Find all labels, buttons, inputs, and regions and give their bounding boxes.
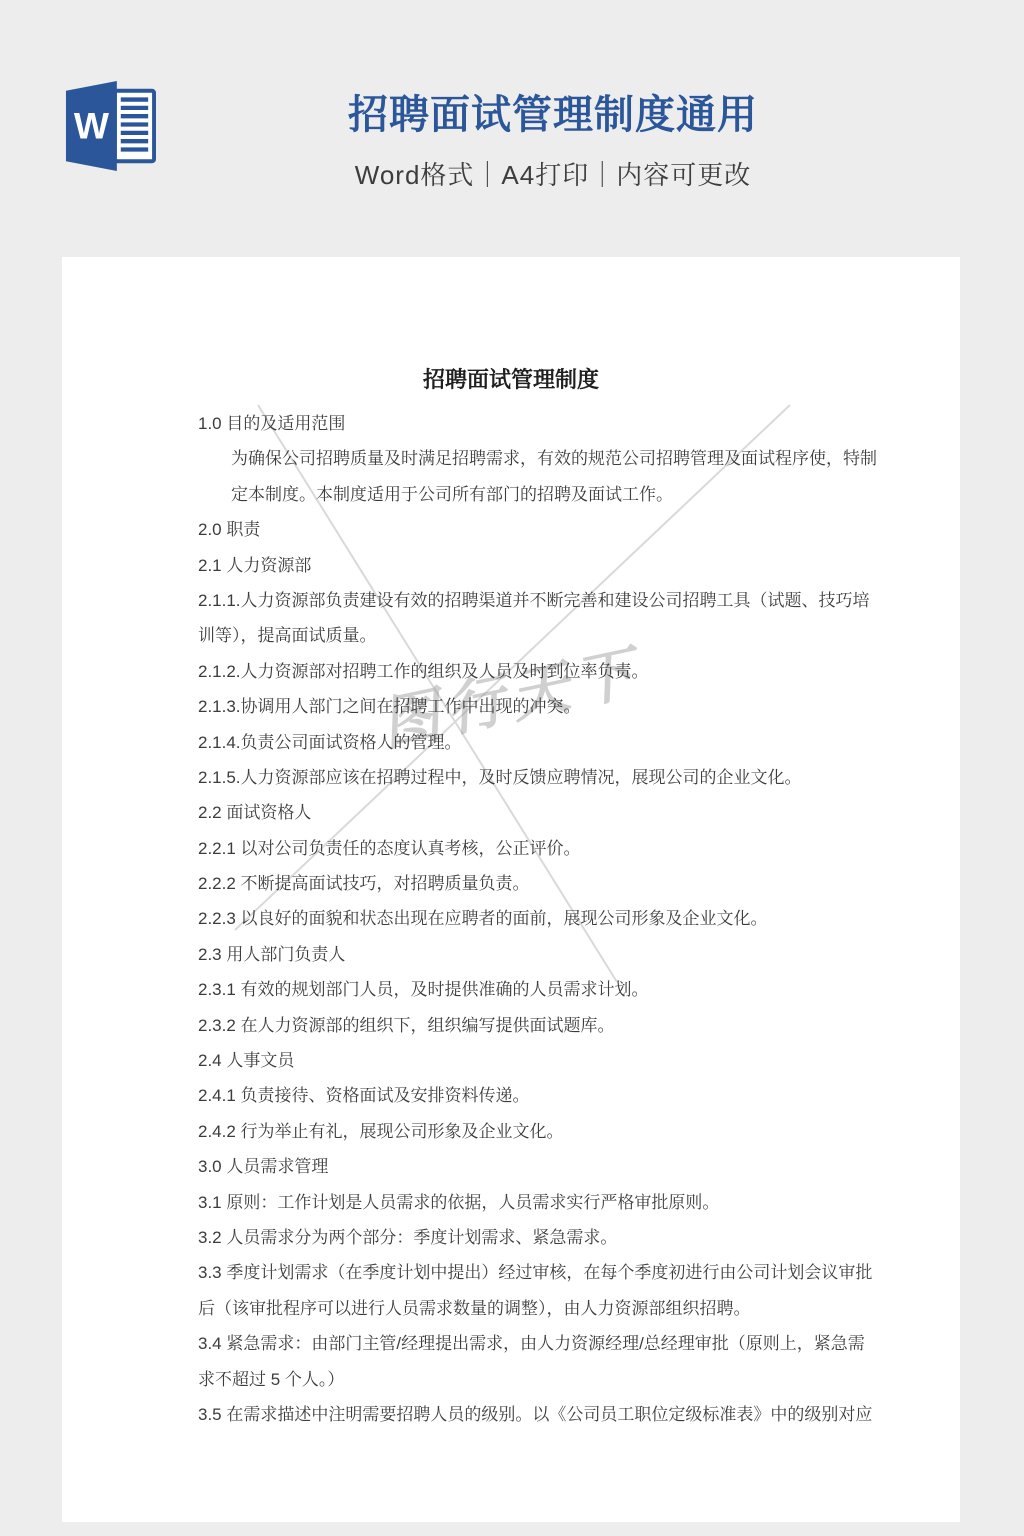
document-line: 为确保公司招聘质量及时满足招聘需求，有效的规范公司招聘管理及面试程序使，特制 bbox=[198, 441, 908, 476]
document-line: 3.2 人员需求分为两个部分：季度计划需求、紧急需求。 bbox=[198, 1220, 908, 1255]
document-line: 3.1 原则：工作计划是人员需求的依据，人员需求实行严格审批原则。 bbox=[198, 1185, 908, 1220]
document-line: 2.4.1 负责接待、资格面试及安排资料传递。 bbox=[198, 1078, 908, 1113]
header-title: 招聘面试管理制度通用 bbox=[82, 92, 1024, 138]
document-line: 3.3 季度计划需求（在季度计划中提出）经过审核，在每个季度初进行由公司计划会议… bbox=[198, 1255, 908, 1290]
document-body: 1.0 目的及适用范围为确保公司招聘质量及时满足招聘需求，有效的规范公司招聘管理… bbox=[198, 406, 908, 1432]
document-line: 2.1.2.人力资源部对招聘工作的组织及人员及时到位率负责。 bbox=[198, 654, 908, 689]
header-text: 招聘面试管理制度通用 Word格式｜A4打印｜内容可更改 bbox=[82, 92, 1024, 190]
document-line: 2.1.3.协调用人部门之间在招聘工作中出现的冲突。 bbox=[198, 689, 908, 724]
document-line: 1.0 目的及适用范围 bbox=[198, 406, 908, 441]
document-line: 2.1.1.人力资源部负责建设有效的招聘渠道并不断完善和建设公司招聘工具（试题、… bbox=[198, 583, 908, 618]
document-line: 3.0 人员需求管理 bbox=[198, 1149, 908, 1184]
document-line: 2.2 面试资格人 bbox=[198, 795, 908, 830]
document-line: 2.2.2 不断提高面试技巧，对招聘质量负责。 bbox=[198, 866, 908, 901]
document-line: 训等），提高面试质量。 bbox=[198, 618, 908, 653]
header: W 招聘面试管理制度通用 Word格式｜A4打印｜内容可更改 bbox=[0, 0, 1024, 230]
document-line: 3.5 在需求描述中注明需要招聘人员的级别。以《公司员工职位定级标准表》中的级别… bbox=[198, 1397, 908, 1432]
document-line: 2.3.1 有效的规划部门人员，及时提供准确的人员需求计划。 bbox=[198, 972, 908, 1007]
document-line: 2.0 职责 bbox=[198, 512, 908, 547]
document-line: 后（该审批程序可以进行人员需求数量的调整），由人力资源部组织招聘。 bbox=[198, 1291, 908, 1326]
document-line: 2.1 人力资源部 bbox=[198, 548, 908, 583]
document-line: 2.1.4.负责公司面试资格人的管理。 bbox=[198, 725, 908, 760]
document-line: 2.2.3 以良好的面貌和状态出现在应聘者的面前，展现公司形象及企业文化。 bbox=[198, 901, 908, 936]
document-line: 2.4.2 行为举止有礼，展现公司形象及企业文化。 bbox=[198, 1114, 908, 1149]
document-line: 定本制度。本制度适用于公司所有部门的招聘及面试工作。 bbox=[198, 477, 908, 512]
document-line: 2.3 用人部门负责人 bbox=[198, 937, 908, 972]
header-subtitle: Word格式｜A4打印｜内容可更改 bbox=[82, 160, 1024, 190]
document-page: 图行天下 招聘面试管理制度 1.0 目的及适用范围为确保公司招聘质量及时满足招聘… bbox=[62, 257, 960, 1522]
document-line: 2.4 人事文员 bbox=[198, 1043, 908, 1078]
document-title: 招聘面试管理制度 bbox=[62, 366, 960, 394]
document-line: 3.4 紧急需求：由部门主管/经理提出需求，由人力资源经理/总经理审批（原则上，… bbox=[198, 1326, 908, 1361]
document-line: 2.1.5.人力资源部应该在招聘过程中，及时反馈应聘情况，展现公司的企业文化。 bbox=[198, 760, 908, 795]
document-line: 2.2.1 以对公司负责任的态度认真考核，公正评价。 bbox=[198, 831, 908, 866]
document-line: 2.3.2 在人力资源部的组织下，组织编写提供面试题库。 bbox=[198, 1008, 908, 1043]
document-line: 求不超过 5 个人。） bbox=[198, 1362, 908, 1397]
